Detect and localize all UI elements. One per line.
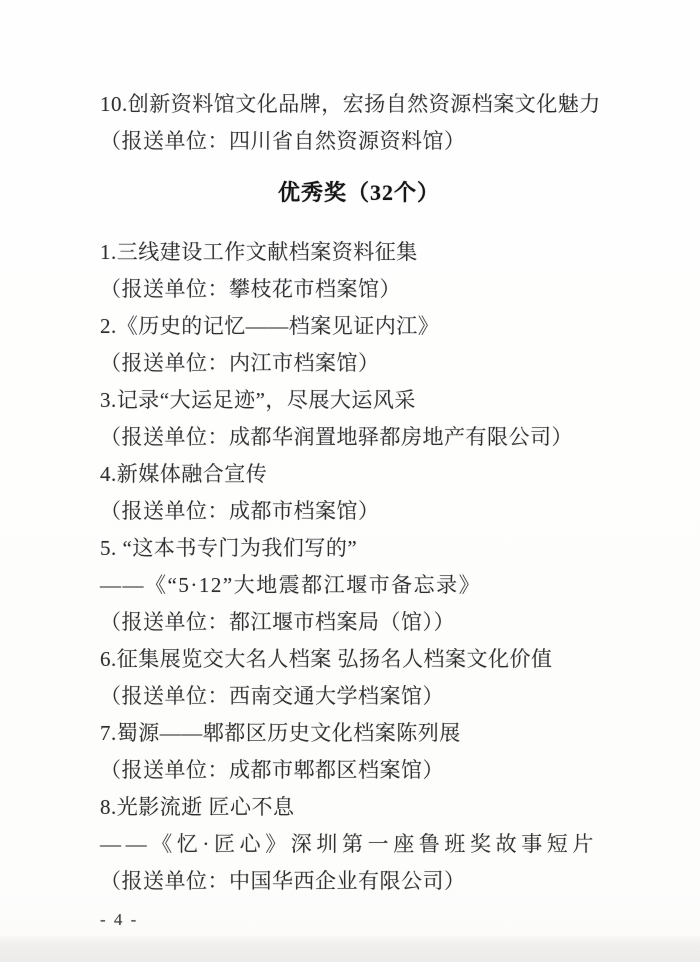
submitting-unit-line: （报送单位：都江堰市档案局（馆）） [100, 604, 618, 641]
award-item-line: 5. “这本书专门为我们写的” [100, 530, 618, 567]
award-item-line: 8.光影流逝 匠心不息 [100, 789, 618, 826]
document-body: 10.创新资料馆文化品牌，宏扬自然资源档案文化魅力 （报送单位：四川省自然资源资… [100, 86, 618, 938]
award-item-line: 3.记录“大运足迹”，尽展大运风采 [100, 382, 618, 419]
award-item-line: 7.蜀源——郫都区历史文化档案陈列展 [100, 715, 618, 752]
page-number: - 4 - [100, 901, 618, 938]
award-item-line: 2.《历史的记忆——档案见证内江》 [100, 308, 618, 345]
award-item-line: 6.征集展览交大名人档案 弘扬名人档案文化价值 [100, 641, 618, 678]
award-item-line: 10.创新资料馆文化品牌，宏扬自然资源档案文化魅力 [100, 86, 618, 123]
submitting-unit-line: （报送单位：成都华润置地驿都房地产有限公司） [100, 419, 618, 456]
section-title: 优秀奖（32个） [100, 174, 618, 211]
award-item-continuation: ——《忆·匠心》深圳第一座鲁班奖故事短片 [100, 826, 618, 863]
submitting-unit-line: （报送单位：中国华西企业有限公司） [100, 863, 618, 900]
award-item-line: 4.新媒体融合宣传 [100, 456, 618, 493]
award-item-line: 1.三线建设工作文献档案资料征集 [100, 234, 618, 271]
submitting-unit-line: （报送单位：四川省自然资源资料馆） [100, 123, 618, 160]
scan-edge-shadow [0, 936, 700, 962]
submitting-unit-line: （报送单位：西南交通大学档案馆） [100, 678, 618, 715]
award-item-continuation: ——《“5·12”大地震都江堰市备忘录》 [100, 567, 618, 604]
submitting-unit-line: （报送单位：攀枝花市档案馆） [100, 271, 618, 308]
submitting-unit-line: （报送单位：成都市档案馆） [100, 493, 618, 530]
submitting-unit-line: （报送单位：成都市郫都区档案馆） [100, 752, 618, 789]
submitting-unit-line: （报送单位：内江市档案馆） [100, 345, 618, 382]
document-page: 10.创新资料馆文化品牌，宏扬自然资源档案文化魅力 （报送单位：四川省自然资源资… [0, 0, 700, 962]
